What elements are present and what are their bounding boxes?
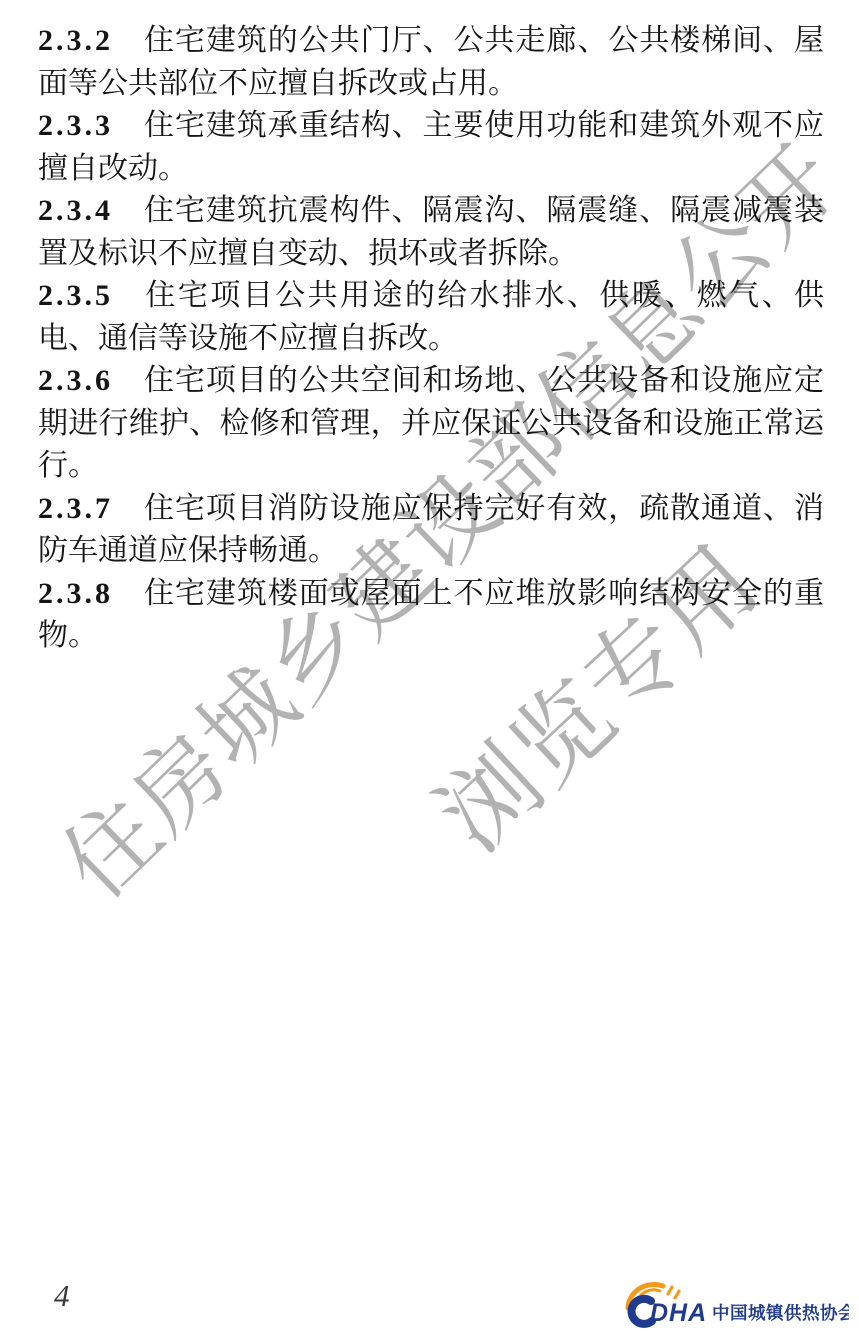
page-number: 4: [54, 1278, 70, 1314]
clause-number: 2.3.4: [38, 194, 113, 227]
clause-text: 住宅建筑楼面或屋面上不应堆放影响结构安全的重物。: [38, 577, 824, 653]
clause-paragraph: 2.3.4住宅建筑抗震构件、隔震沟、隔震缝、隔震减震装置及标识不应擅自变动、损坏…: [38, 190, 824, 275]
document-page: 住房城乡建设部信息公开 浏览专用 2.3.2住宅建筑的公共门厅、公共走廊、公共楼…: [0, 0, 859, 1343]
association-logo: DHA 中国城镇供热协会: [625, 1281, 849, 1329]
clause-text: 住宅项目公共用途的给水排水、供暖、燃气、供电、通信等设施不应擅自拆改。: [38, 279, 824, 355]
clause-paragraph: 2.3.6住宅项目的公共空间和场地、公共设备和设施应定期进行维护、检修和管理，并…: [38, 360, 824, 488]
clause-number: 2.3.6: [38, 364, 113, 397]
cdha-logo-icon: DHA 中国城镇供热协会: [625, 1281, 849, 1329]
clause-text: 住宅项目的公共空间和场地、公共设备和设施应定期进行维护、检修和管理，并应保证公共…: [38, 364, 824, 482]
clause-paragraph: 2.3.2住宅建筑的公共门厅、公共走廊、公共楼梯间、屋面等公共部位不应擅自拆改或…: [38, 20, 824, 105]
clause-paragraph: 2.3.5住宅项目公共用途的给水排水、供暖、燃气、供电、通信等设施不应擅自拆改。: [38, 275, 824, 360]
clause-text: 住宅建筑的公共门厅、公共走廊、公共楼梯间、屋面等公共部位不应擅自拆改或占用。: [38, 24, 824, 100]
clause-text: 住宅项目消防设施应保持完好有效，疏散通道、消防车通道应保持畅通。: [38, 492, 824, 568]
clause-number: 2.3.2: [38, 24, 113, 57]
clause-text: 住宅建筑承重结构、主要使用功能和建筑外观不应擅自改动。: [38, 109, 824, 185]
logo-acronym: DHA: [650, 1299, 707, 1327]
clause-number: 2.3.8: [38, 577, 113, 610]
clause-paragraph: 2.3.3住宅建筑承重结构、主要使用功能和建筑外观不应擅自改动。: [38, 105, 824, 190]
logo-name: 中国城镇供热协会: [712, 1303, 849, 1323]
clause-number: 2.3.3: [38, 109, 113, 142]
clause-number: 2.3.5: [38, 279, 113, 312]
clause-paragraph: 2.3.8住宅建筑楼面或屋面上不应堆放影响结构安全的重物。: [38, 573, 824, 658]
clause-text: 住宅建筑抗震构件、隔震沟、隔震缝、隔震减震装置及标识不应擅自变动、损坏或者拆除。: [38, 194, 824, 270]
clause-list: 2.3.2住宅建筑的公共门厅、公共走廊、公共楼梯间、屋面等公共部位不应擅自拆改或…: [38, 20, 824, 658]
clause-number: 2.3.7: [38, 492, 113, 525]
clause-paragraph: 2.3.7住宅项目消防设施应保持完好有效，疏散通道、消防车通道应保持畅通。: [38, 488, 824, 573]
letter-c-icon: [632, 1299, 652, 1324]
